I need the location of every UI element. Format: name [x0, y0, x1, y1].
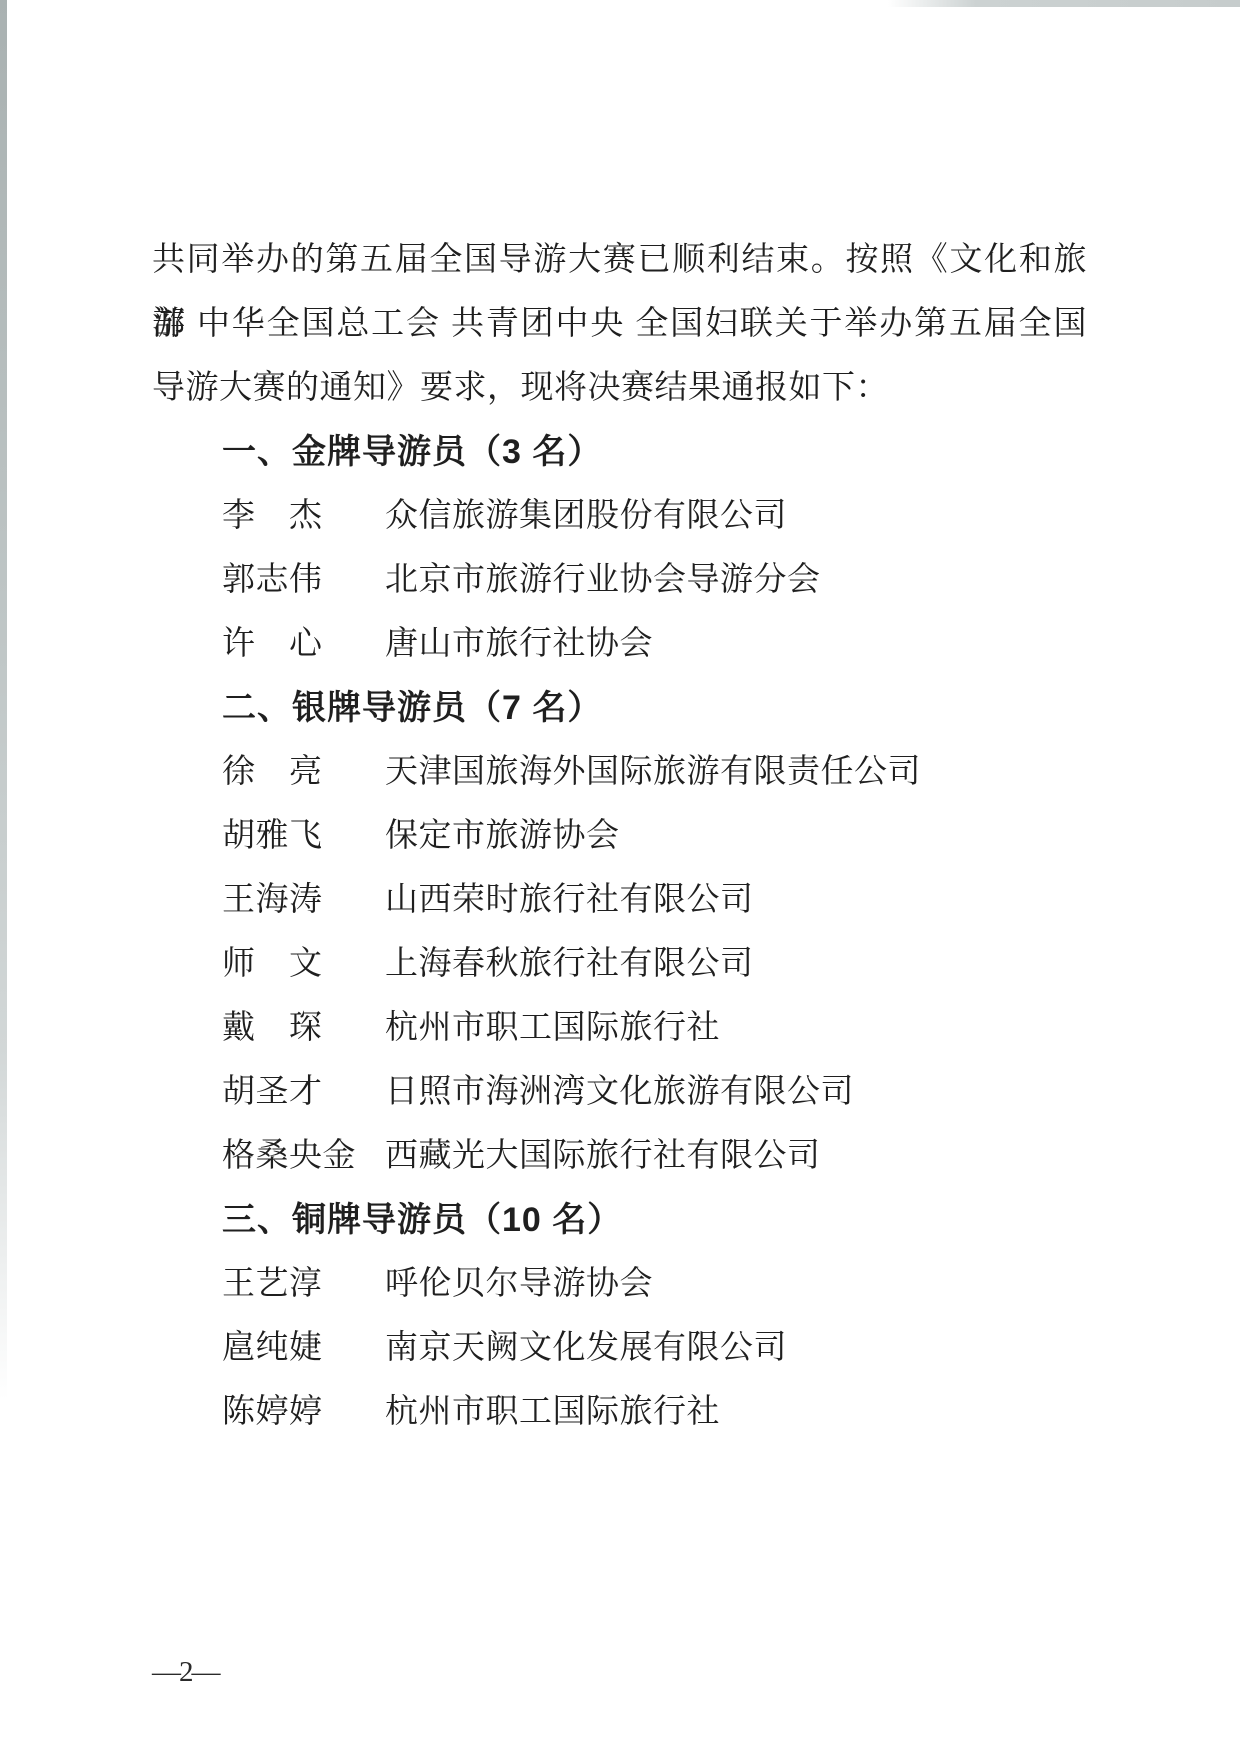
award-entry: 师 文上海春秋旅行社有限公司 — [152, 932, 1087, 996]
winner-name: 师 文 — [222, 932, 385, 996]
winner-name: 王艺淳 — [222, 1252, 385, 1316]
winner-name: 格桑央金 — [222, 1124, 385, 1188]
winner-name: 郭志伟 — [222, 548, 385, 612]
winner-organization: 杭州市职工国际旅行社 — [385, 1380, 720, 1444]
section-heading-silver: 二、银牌导游员（7 名） — [152, 676, 1087, 740]
winner-name: 王海涛 — [222, 868, 385, 932]
paragraph-line: 部 中华全国总工会 共青团中央 全国妇联关于举办第五届全国 — [152, 292, 1087, 356]
winner-organization: 南京天阙文化发展有限公司 — [385, 1316, 787, 1380]
winner-organization: 山西荣时旅行社有限公司 — [385, 868, 754, 932]
winner-organization: 天津国旅海外国际旅游有限责任公司 — [385, 740, 921, 804]
winner-organization: 唐山市旅行社协会 — [385, 612, 653, 676]
award-entry: 许 心唐山市旅行社协会 — [152, 612, 1087, 676]
winner-name: 胡雅飞 — [222, 804, 385, 868]
award-entry: 徐 亮天津国旅海外国际旅游有限责任公司 — [152, 740, 1087, 804]
winner-organization: 众信旅游集团股份有限公司 — [385, 484, 787, 548]
section-heading-gold: 一、金牌导游员（3 名） — [152, 420, 1087, 484]
scan-artifact-left-edge — [0, 0, 7, 1400]
winner-organization: 呼伦贝尔导游协会 — [385, 1252, 653, 1316]
scan-artifact-top-right — [888, 0, 1240, 7]
winner-organization: 日照市海洲湾文化旅游有限公司 — [385, 1060, 854, 1124]
section-heading-bronze: 三、铜牌导游员（10 名） — [152, 1188, 1087, 1252]
winner-name: 扈纯婕 — [222, 1316, 385, 1380]
winner-name: 胡圣才 — [222, 1060, 385, 1124]
winner-organization: 上海春秋旅行社有限公司 — [385, 932, 754, 996]
award-entry: 王海涛山西荣时旅行社有限公司 — [152, 868, 1087, 932]
award-entry: 郭志伟北京市旅游行业协会导游分会 — [152, 548, 1087, 612]
paragraph-line: 导游大赛的通知》要求，现将决赛结果通报如下： — [152, 356, 1087, 420]
winner-name: 戴 琛 — [222, 996, 385, 1060]
winner-name: 许 心 — [222, 612, 385, 676]
winner-organization: 杭州市职工国际旅行社 — [385, 996, 720, 1060]
winner-name: 李 杰 — [222, 484, 385, 548]
winner-name: 徐 亮 — [222, 740, 385, 804]
winner-organization: 北京市旅游行业协会导游分会 — [385, 548, 821, 612]
award-entry: 王艺淳呼伦贝尔导游协会 — [152, 1252, 1087, 1316]
award-entry: 戴 琛杭州市职工国际旅行社 — [152, 996, 1087, 1060]
award-entry: 陈婷婷杭州市职工国际旅行社 — [152, 1380, 1087, 1444]
paragraph-line: 共同举办的第五届全国导游大赛已顺利结束。按照《文化和旅游 — [152, 228, 1087, 292]
page-number: —2— — [152, 1648, 219, 1696]
winner-organization: 保定市旅游协会 — [385, 804, 620, 868]
document-body: 共同举办的第五届全国导游大赛已顺利结束。按照《文化和旅游 部 中华全国总工会 共… — [152, 228, 1087, 1444]
award-entry: 胡雅飞保定市旅游协会 — [152, 804, 1087, 868]
winner-name: 陈婷婷 — [222, 1380, 385, 1444]
winner-organization: 西藏光大国际旅行社有限公司 — [385, 1124, 821, 1188]
award-entry: 李 杰众信旅游集团股份有限公司 — [152, 484, 1087, 548]
award-entry: 扈纯婕南京天阙文化发展有限公司 — [152, 1316, 1087, 1380]
award-entry: 胡圣才日照市海洲湾文化旅游有限公司 — [152, 1060, 1087, 1124]
award-entry: 格桑央金西藏光大国际旅行社有限公司 — [152, 1124, 1087, 1188]
